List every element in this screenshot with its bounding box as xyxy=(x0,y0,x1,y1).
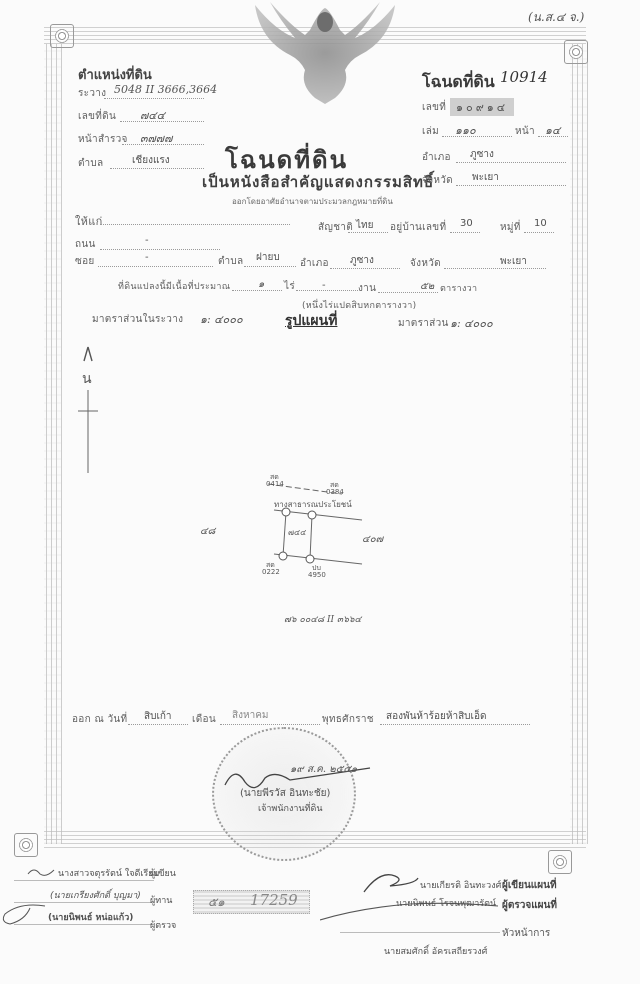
north-arrow-icon xyxy=(76,345,100,475)
volume-value: ๑๑๐ xyxy=(455,121,476,139)
plan-title: รูปแผนที่ xyxy=(285,310,337,332)
province-value: พะเยา xyxy=(472,170,499,185)
parcel-label: ๗๔๔ xyxy=(288,526,306,539)
house-no-label: อยู่บ้านเลขที่ xyxy=(390,220,446,235)
owner-tambon-label: ตำบล xyxy=(218,254,244,269)
chief-role: หัวหน้าการ xyxy=(502,926,550,941)
road-label-map: ทางสาธารณประโยชน์ xyxy=(274,498,352,511)
signature-mark xyxy=(26,864,56,880)
amphoe-label: อำเภอ xyxy=(422,150,451,165)
owner-amphoe-value: ภูซาง xyxy=(350,253,374,268)
corner-ornament-icon xyxy=(564,40,588,64)
soi-value: - xyxy=(145,252,149,263)
location-title: ตำแหน่งที่ดิน xyxy=(78,64,152,85)
area-rai-label: ไร่ xyxy=(284,279,295,294)
inspector-role: ผู้ตรวจ xyxy=(150,918,176,932)
writer-name: นางสาวจตุรรัตน์ ใจดีเรียบ xyxy=(58,866,159,880)
official-signature-date: ๑๙ ส.ค. ๒๕๕๑ xyxy=(290,762,357,777)
reviewer-name: (นายเกรียงศักดิ์ บุญมา) xyxy=(50,888,141,902)
area-ngan-value: - xyxy=(322,280,326,291)
area-label: ที่ดินแปลงนี้มีเนื้อที่ประมาณ xyxy=(118,279,230,293)
plan-scale-label: มาตราส่วน xyxy=(398,316,449,331)
area-ngan-label: งาน xyxy=(358,281,376,296)
map-writer-role: ผู้เขียนแผนที่ xyxy=(502,878,557,893)
west-neighbor-label: ๔๘ xyxy=(200,524,215,539)
official-name: (นายพีรวัส อินทะชัย) xyxy=(240,786,330,801)
amphoe-value: ภูซาง xyxy=(470,147,494,162)
reviewer-role: ผู้ทาน xyxy=(150,893,172,907)
house-no-value: 30 xyxy=(460,218,473,229)
signature-mark xyxy=(360,868,420,896)
field-label-tambon: ตำบล xyxy=(78,156,104,171)
province-label: จังหวัด xyxy=(422,173,453,188)
owner-amphoe-label: อำเภอ xyxy=(300,256,329,271)
issued-month-label: เดือน xyxy=(192,712,216,727)
map-scale-label: มาตราส่วนในระวาง xyxy=(92,312,183,327)
field-label-land-no: เลขที่ดิน xyxy=(78,109,116,124)
issued-year-label: พุทธศักราช xyxy=(322,712,374,727)
document-subtitle: เป็นหนังสือสำคัญแสดงกรรมสิทธิ์ xyxy=(202,170,434,194)
document-authority: ออกโดยอาศัยอำนาจตามประมวลกฎหมายที่ดิน xyxy=(232,195,393,208)
plan-scale-value: ๑: ๔๐๐๐ xyxy=(450,314,493,332)
sheet-reference: ๗๖ ๐๐๔๘ II ๓๖๖๔ xyxy=(284,612,361,626)
page-value: ๑๔ xyxy=(545,121,560,139)
owner-province-value: พะเยา xyxy=(500,254,527,269)
seal-number: 17259 xyxy=(250,891,298,909)
field-label-ravang: ระวาง xyxy=(78,86,106,101)
marker-number: 0222 xyxy=(262,568,280,576)
area-rai-value: ๑ xyxy=(258,277,264,292)
area-wah-label: ตารางวา xyxy=(440,281,477,295)
signature-mark xyxy=(0,900,50,930)
map-writer-name: นายเกียรติ อินทะวงศ์ xyxy=(420,878,501,892)
soi-label: ซอย xyxy=(75,254,95,269)
road-value: - xyxy=(145,235,149,246)
corner-ornament-icon xyxy=(548,850,572,874)
chief-name: นายสมศักดิ์ อัครเสถียรวงศ์ xyxy=(384,944,487,958)
map-inspector-name: นายนิพนธ์ โรจนพุฒารัตน์ xyxy=(396,896,496,910)
field-value-survey-page: ๓๗๗๗ xyxy=(140,129,172,147)
border-right xyxy=(570,44,588,844)
moo-value: 10 xyxy=(534,218,547,229)
issued-month-value: สิงหาคม xyxy=(232,708,268,723)
field-value-land-no: ๗๔๔ xyxy=(140,106,165,124)
page-label: หน้า xyxy=(515,124,535,139)
east-neighbor-label: ๔๐๗ xyxy=(362,532,383,547)
volume-label: เล่ม xyxy=(422,124,439,139)
corner-ornament-icon xyxy=(14,833,38,857)
deed-no-value: ๑๐๙๑๔ xyxy=(450,98,514,116)
field-value-tambon: เชียงแรง xyxy=(132,153,170,168)
border-left xyxy=(44,44,62,844)
issued-year-value: สองพันห้าร้อยห้าสิบเอ็ด xyxy=(386,709,486,724)
issued-date-label: ออก ณ วันที่ xyxy=(72,712,127,727)
marker-number: 4950 xyxy=(308,571,326,579)
nationality-value: ไทย xyxy=(356,218,373,233)
north-label: น xyxy=(82,368,92,390)
corner-ornament-icon xyxy=(50,24,74,48)
garuda-emblem-icon xyxy=(250,0,400,105)
owner-tambon-value: ฝายบ xyxy=(256,250,280,265)
owner-province-label: จังหวัด xyxy=(410,256,441,271)
area-wah-value: ๕๒ xyxy=(420,279,434,294)
official-title: เจ้าพนักงานที่ดิน xyxy=(258,801,322,815)
parcel-map-diagram xyxy=(262,476,372,576)
map-scale-value: ๑: ๔๐๐๐ xyxy=(200,310,243,328)
field-label-survey-page: หน้าสำรวจ xyxy=(78,132,128,147)
moo-label: หมู่ที่ xyxy=(500,220,521,235)
issued-day-value: สิบเก้า xyxy=(144,709,172,724)
deed-handwritten-number: 10914 xyxy=(500,68,548,86)
inspector-name: (นายนิพนธ์ หน่อแก้ว) xyxy=(48,910,133,924)
road-label: ถนน xyxy=(75,237,96,252)
map-inspector-role: ผู้ตรวจแผนที่ xyxy=(502,898,557,913)
seal-number-prefix: ๕๑ xyxy=(208,893,225,912)
marker-number: 0414 xyxy=(266,480,284,488)
deed-title: โฉนดที่ดิน xyxy=(422,70,495,95)
marker-number: 0384 xyxy=(326,488,344,496)
deed-no-label: เลขที่ xyxy=(422,100,446,115)
writer-role: ผู้เขียน xyxy=(150,866,176,880)
issued-to-label: ให้แก่ xyxy=(75,212,103,230)
field-value-ravang: 5048 II 3666,3664 xyxy=(114,83,217,96)
